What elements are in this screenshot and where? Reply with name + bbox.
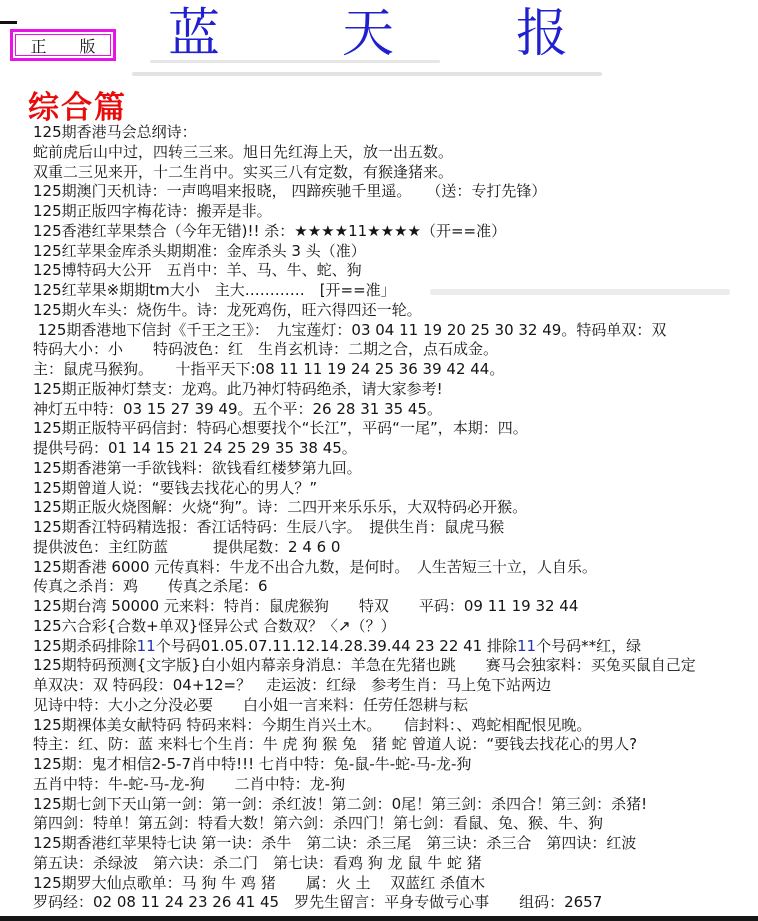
report-line: 五肖中特：牛-蛇-马-龙-狗 二肖中特：龙-狗 (33, 775, 756, 795)
line-segment: 125期香港红苹果特七诀 第一诀：杀牛 第二诀：杀三尾 第三诀：杀三合 第四诀：… (33, 834, 636, 852)
line-segment: 125红苹果金库杀头期期准：金库杀头 3 头（准） (33, 242, 366, 260)
line-segment: 125期裸体美女献特码 特码来料：今期生肖兴土木。 信封料：、鸡蛇相配恨见晚。 (33, 716, 591, 734)
line-segment: 125期火车头：烧伤牛。诗：龙死鸡伤，旺六得四还一轮。 (33, 301, 422, 319)
report-line: 提供号码：01 14 15 21 24 25 29 35 38 45。 (33, 439, 756, 459)
report-line: 125期香港 6000 元传真料：牛龙不出合九数，是何时。 人生苦短三十立，人自… (33, 558, 756, 578)
line-segment: 第四剑：特单！第五剑：特看大数！第六剑：杀四门！第七剑：看鼠、兔、猴、牛、狗 (33, 814, 603, 832)
report-line: 125期正版火烧图解：火烧“狗”。诗：二四开来乐乐乐，大双特码必开猴。 (33, 498, 756, 518)
report-line: 125期火车头：烧伤牛。诗：龙死鸡伤，旺六得四还一轮。 (33, 301, 756, 321)
title-char: 蓝 (168, 4, 220, 64)
authentic-badge-label: 正 版 (16, 34, 109, 57)
report-line: 125期香港地下信封《千王之王》： 九宝莲灯：03 04 11 19 20 25… (33, 321, 756, 341)
report-line: 罗码经：02 08 11 24 23 26 41 45 罗先生留言：平身专做亏心… (33, 893, 756, 913)
line-segment: 个号码01.05.07.11.12.14.28.39.44 23 22 41 排… (156, 637, 517, 655)
report-line: 提供波色：主红防蓝 提供尾数：2 4 6 0 (33, 538, 756, 558)
report-line: 125期正版神灯禁支：龙鸡。此乃神灯特码绝杀，请大家参考! (33, 380, 756, 400)
report-line: 125红苹果※期期tm大小 主大………… [开==准」 (33, 281, 756, 301)
line-segment: 125期正版四字梅花诗：搬弄是非。 (33, 202, 272, 220)
line-segment: 特主：红、防：蓝 来料七个生肖：牛 虎 狗 猴 兔 猪 蛇 曾道人说：“要钱去找… (33, 735, 637, 753)
line-segment: 提供号码：01 14 15 21 24 25 29 35 38 45。 (33, 439, 357, 457)
line-segment: 125期正版特平码信封：特码心想要找个“长江”，平码“一尾”，本期：四。 (33, 419, 528, 437)
line-segment: 特码大小：小 特码波色：红 生肖玄机诗：二期之合，点石成金。 (33, 340, 498, 358)
report-line: 125期曾道人说：“要钱去找花心的男人？” (33, 479, 756, 499)
scan-artifact (132, 72, 602, 76)
report-line: 125期台湾 50000 元来料：特肖：鼠虎猴狗 特双 平码：09 11 19 … (33, 597, 756, 617)
line-segment: 见诗中特：大小之分没必要 白小姐一言来料：任劳任怨耕与耘 (33, 696, 468, 714)
line-segment: 蛇前虎后山中过，四转三三来。旭日先红海上天，放一出五数。 (33, 143, 453, 161)
line-segment: 11 (517, 637, 536, 655)
line-segment: 125期杀码排除 (33, 637, 137, 655)
report-line: 125期香港第一手欲钱料：欲钱看红楼梦第九回。 (33, 459, 756, 479)
report-line: 主：鼠虎马猴狗。 十指平天下:08 11 11 19 24 25 36 39 4… (33, 360, 756, 380)
line-segment: 五肖中特：牛-蛇-马-龙-狗 二肖中特：龙-狗 (33, 775, 345, 793)
line-segment: 罗码经：02 08 11 24 23 26 41 45 罗先生留言：平身专做亏心… (33, 893, 602, 911)
line-segment: 125六合彩{合数+单双}怪异公式 合数双？〈↗（？） (33, 617, 396, 635)
report-line: 特码大小：小 特码波色：红 生肖玄机诗：二期之合，点石成金。 (33, 340, 756, 360)
title-char: 天 (342, 4, 394, 64)
line-segment: 125期台湾 50000 元来料：特肖：鼠虎猴狗 特双 平码：09 11 19 … (33, 597, 578, 615)
line-segment: 个号码**红，绿 (536, 637, 641, 655)
report-line: 125期澳门天机诗：一声鸣唱来报晓， 四蹄疾驰千里遥。 （送：专打先锋） (33, 182, 756, 202)
report-line: 第四剑：特单！第五剑：特看大数！第六剑：杀四门！第七剑：看鼠、兔、猴、牛、狗 (33, 814, 756, 834)
corner-mark (0, 21, 17, 24)
report-line: 125期罗大仙点歌单：马 狗 牛 鸡 猪 属：火 土 双蓝红 杀值木 (33, 874, 756, 894)
report-line: 125期杀码排除11个号码01.05.07.11.12.14.28.39.44 … (33, 637, 756, 657)
line-segment: 125期七剑下天山第一剑：第一剑：杀红波！第二剑：0尾！第三剑：杀四合！第三剑：… (33, 795, 647, 813)
title-char: 报 (516, 4, 568, 64)
scan-artifact (150, 60, 440, 63)
report-line: 125期正版四字梅花诗：搬弄是非。 (33, 202, 756, 222)
report-line: 见诗中特：大小之分没必要 白小姐一言来料：任劳任怨耕与耘 (33, 696, 756, 716)
report-line: 特主：红、防：蓝 来料七个生肖：牛 虎 狗 猴 兔 猪 蛇 曾道人说：“要钱去找… (33, 735, 756, 755)
line-segment: 提供波色：主红防蓝 提供尾数：2 4 6 0 (33, 538, 340, 556)
report-line: 125期香港红苹果特七诀 第一诀：杀牛 第二诀：杀三尾 第三诀：杀三合 第四诀：… (33, 834, 756, 854)
report-line: 125红苹果金库杀头期期准：金库杀头 3 头（准） (33, 242, 756, 262)
report-line: 125期正版特平码信封：特码心想要找个“长江”，平码“一尾”，本期：四。 (33, 419, 756, 439)
line-segment: 125期正版神灯禁支：龙鸡。此乃神灯特码绝杀，请大家参考! (33, 380, 443, 398)
line-segment: 神灯五中特：03 15 27 39 49。五个平：26 28 31 35 45。 (33, 400, 442, 418)
report-line: 125期香港马会总纲诗： (33, 123, 756, 143)
report-lines: 125期香港马会总纲诗：蛇前虎后山中过，四转三三来。旭日先红海上天，放一出五数。… (33, 123, 756, 913)
line-segment: 125期香港地下信封《千王之王》： 九宝莲灯：03 04 11 19 20 25… (33, 321, 666, 339)
line-segment: 125期香江特码精选报：香江话特码：生辰八字。 提供生肖：鼠虎马猴 (33, 518, 504, 536)
line-segment: 125期特码预测{文字版}白小姐内幕亲身消息：羊急在先猪也跳 赛马会独家料：买兔… (33, 656, 696, 674)
line-segment: 传真之杀肖：鸡 传真之杀尾：6 (33, 577, 268, 595)
report-line: 传真之杀肖：鸡 传真之杀尾：6 (33, 577, 756, 597)
report-line: 第五诀：杀绿波 第六诀：杀二门 第七诀：看鸡 狗 龙 鼠 牛 蛇 猪 (33, 854, 756, 874)
line-segment: 125期罗大仙点歌单：马 狗 牛 鸡 猪 属：火 土 双蓝红 杀值木 (33, 874, 485, 892)
authentic-badge: 正 版 (10, 29, 116, 61)
report-line: 125博特码大公开 五肖中：羊、马、牛、蛇、狗 (33, 261, 756, 281)
report-line: 神灯五中特：03 15 27 39 49。五个平：26 28 31 35 45。 (33, 400, 756, 420)
report-line: 125期香江特码精选报：香江话特码：生辰八字。 提供生肖：鼠虎马猴 (33, 518, 756, 538)
report-line: 蛇前虎后山中过，四转三三来。旭日先红海上天，放一出五数。 (33, 143, 756, 163)
line-segment: 125期曾道人说：“要钱去找花心的男人？” (33, 479, 317, 497)
line-segment: 125期香港第一手欲钱料：欲钱看红楼梦第九回。 (33, 459, 362, 477)
line-segment: 11 (137, 637, 156, 655)
report-line: 双重二三见来开，十二生肖中。实买三八有定数，有猴逢猪来。 (33, 163, 756, 183)
line-segment: 125博特码大公开 五肖中：羊、马、牛、蛇、狗 (33, 261, 362, 279)
line-segment: 125期香港 6000 元传真料：牛龙不出合九数，是何时。 人生苦短三十立，人自… (33, 558, 597, 576)
line-segment: 主：鼠虎马猴狗。 十指平天下:08 11 11 19 24 25 36 39 4… (33, 360, 504, 378)
report-line: 125六合彩{合数+单双}怪异公式 合数双？〈↗（？） (33, 617, 756, 637)
line-segment: 单双决：双 特码段：04+12=？ 走运波：红绿 参考生肖：马上兔下站两边 (33, 676, 551, 694)
line-segment: 125期正版火烧图解：火烧“狗”。诗：二四开来乐乐乐，大双特码必开猴。 (33, 498, 527, 516)
line-segment: 双重二三见来开，十二生肖中。实买三八有定数，有猴逢猪来。 (33, 163, 453, 181)
report-line: 125香港红苹果禁合（今年无错)!! 杀：★★★★11★★★★（开==准） (33, 222, 756, 242)
line-segment: 125香港红苹果禁合（今年无错)!! 杀：★★★★11★★★★（开==准） (33, 222, 506, 240)
report-line: 125期：鬼才相信2-5-7肖中特!!! 七肖中特：兔-鼠-牛-蛇-马-龙-狗 (33, 755, 756, 775)
line-segment: 125红苹果※期期tm大小 主大………… [开==准」 (33, 281, 396, 299)
line-segment: 第五诀：杀绿波 第六诀：杀二门 第七诀：看鸡 狗 龙 鼠 牛 蛇 猪 (33, 854, 482, 872)
line-segment: 125期澳门天机诗：一声鸣唱来报晓， 四蹄疾驰千里遥。 （送：专打先锋） (33, 182, 546, 200)
bottom-border-bar (0, 916, 758, 921)
report-line: 125期特码预测{文字版}白小姐内幕亲身消息：羊急在先猪也跳 赛马会独家料：买兔… (33, 656, 756, 676)
section-heading: 综合篇 (28, 82, 127, 127)
line-segment: 125期：鬼才相信2-5-7肖中特!!! 七肖中特：兔-鼠-牛-蛇-马-龙-狗 (33, 755, 471, 773)
report-line: 单双决：双 特码段：04+12=？ 走运波：红绿 参考生肖：马上兔下站两边 (33, 676, 756, 696)
report-line: 125期裸体美女献特码 特码来料：今期生肖兴土木。 信封料：、鸡蛇相配恨见晚。 (33, 716, 756, 736)
report-title: 蓝 天 报 (168, 4, 568, 64)
line-segment: 125期香港马会总纲诗： (33, 123, 197, 141)
report-line: 125期七剑下天山第一剑：第一剑：杀红波！第二剑：0尾！第三剑：杀四合！第三剑：… (33, 795, 756, 815)
